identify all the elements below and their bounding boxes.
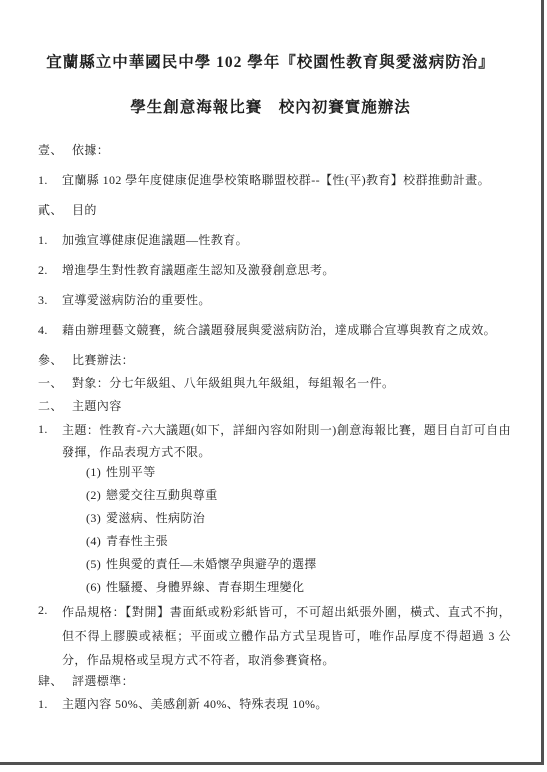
doc-line-marker: 1. — [38, 420, 62, 439]
doc-line-text: 評選標準： — [72, 672, 511, 691]
doc-line-text: 增進學生對性教育議題產生認知及激發創意思考。 — [62, 261, 511, 280]
doc-line: 二、主題內容 — [38, 397, 511, 420]
doc-line: (2)戀愛交往互動與尊重 — [38, 486, 511, 509]
doc-line-text: 愛滋病、性病防治 — [106, 509, 511, 528]
doc-line-text: 主題內容 50%、美感創新 40%、特殊表現 10%。 — [62, 695, 511, 714]
doc-line: 肆、評選標準： — [38, 672, 511, 695]
doc-line-text: 比賽辦法： — [72, 351, 511, 370]
doc-line-marker: 4. — [38, 321, 62, 340]
doc-line-text: 主題內容 — [72, 397, 511, 416]
doc-line-marker: (6) — [86, 578, 106, 597]
doc-line-text: 戀愛交往互動與尊重 — [106, 486, 511, 505]
doc-line-marker: 參、 — [38, 351, 72, 370]
doc-line-marker: 貳、 — [38, 201, 72, 220]
doc-line-marker: 二、 — [38, 397, 72, 416]
document-page: 宜蘭縣立中華國民中學 102 學年『校園性教育與愛滋病防治』 學生創意海報比賽 … — [0, 0, 544, 765]
doc-line-text: 青春性主張 — [106, 532, 511, 551]
doc-line: 貳、目的 — [38, 201, 511, 231]
doc-line: 1.加強宣導健康促進議題—性教育。 — [38, 231, 511, 261]
document-title-line1: 宜蘭縣立中華國民中學 102 學年『校園性教育與愛滋病防治』 — [0, 50, 541, 72]
doc-line-marker: 一、 — [38, 374, 72, 393]
doc-line-marker: (5) — [86, 555, 106, 574]
doc-line: 4.藉由辦理藝文競賽，統合議題發展與愛滋病防治，達成聯合宣導與教育之成效。 — [38, 321, 511, 351]
doc-line-text: 作品規格：【對開】書面紙或粉彩紙皆可，不可超出紙張外圍，橫式、直式不拘，但不得上… — [62, 601, 511, 672]
doc-line-marker: (2) — [86, 486, 106, 505]
doc-line: 1.主題內容 50%、美感創新 40%、特殊表現 10%。 — [38, 695, 511, 719]
doc-line-text: 宜蘭縣 102 學年度健康促進學校策略聯盟校群--【性(平)教育】校群推動計畫。 — [62, 171, 511, 190]
doc-line-text: 宣導愛滋病防治的重要性。 — [62, 291, 511, 310]
doc-line: (4)青春性主張 — [38, 532, 511, 555]
doc-line-text: 藉由辦理藝文競賽，統合議題發展與愛滋病防治，達成聯合宣導與教育之成效。 — [62, 321, 511, 340]
doc-line: 一、對象：分七年級組、八年級組與九年級組，每組報名一件。 — [38, 374, 511, 397]
doc-line-text: 性與愛的責任—未婚懷孕與避孕的選擇 — [106, 555, 511, 574]
doc-line: (6)性騷擾、身體界線、青春期生理變化 — [38, 578, 511, 601]
doc-line-marker: (3) — [86, 509, 106, 528]
doc-line-marker: 1. — [38, 171, 62, 190]
doc-line: 2.增進學生對性教育議題產生認知及激發創意思考。 — [38, 261, 511, 291]
doc-line: (5)性與愛的責任—未婚懷孕與避孕的選擇 — [38, 555, 511, 578]
doc-line: (1)性別平等 — [38, 463, 511, 486]
doc-line-marker: 2. — [38, 601, 62, 620]
doc-line: 參、比賽辦法： — [38, 351, 511, 374]
doc-line-marker: 1. — [38, 231, 62, 250]
doc-line-text: 主題：性教育-六大議題(如下，詳細內容如附則一)創意海報比賽，題目自訂可自由發揮… — [62, 420, 511, 463]
doc-line: 壹、依據： — [38, 141, 511, 171]
doc-line-marker: 肆、 — [38, 672, 72, 691]
doc-line: 2.作品規格：【對開】書面紙或粉彩紙皆可，不可超出紙張外圍，橫式、直式不拘，但不… — [38, 601, 511, 672]
document-title-line2: 學生創意海報比賽 校內初賽實施辦法 — [0, 95, 541, 117]
doc-line-marker: 壹、 — [38, 141, 72, 160]
doc-line-text: 目的 — [72, 201, 511, 220]
doc-line: 3.宣導愛滋病防治的重要性。 — [38, 291, 511, 321]
doc-line-marker: (1) — [86, 463, 106, 482]
doc-line: 1.宜蘭縣 102 學年度健康促進學校策略聯盟校群--【性(平)教育】校群推動計… — [38, 171, 511, 201]
doc-line-marker: 2. — [38, 261, 62, 280]
document-body: 壹、依據：1.宜蘭縣 102 學年度健康促進學校策略聯盟校群--【性(平)教育】… — [0, 141, 541, 719]
doc-line-text: 性別平等 — [106, 463, 511, 482]
doc-line-marker: (4) — [86, 532, 106, 551]
doc-line-text: 依據： — [72, 141, 511, 160]
doc-line-text: 對象：分七年級組、八年級組與九年級組，每組報名一件。 — [72, 374, 511, 393]
doc-line-marker: 3. — [38, 291, 62, 310]
doc-line-marker: 1. — [38, 695, 62, 714]
doc-line-text: 加強宣導健康促進議題—性教育。 — [62, 231, 511, 250]
doc-line: 1.主題：性教育-六大議題(如下，詳細內容如附則一)創意海報比賽，題目自訂可自由… — [38, 420, 511, 463]
doc-line-text: 性騷擾、身體界線、青春期生理變化 — [106, 578, 511, 597]
doc-line: (3)愛滋病、性病防治 — [38, 509, 511, 532]
